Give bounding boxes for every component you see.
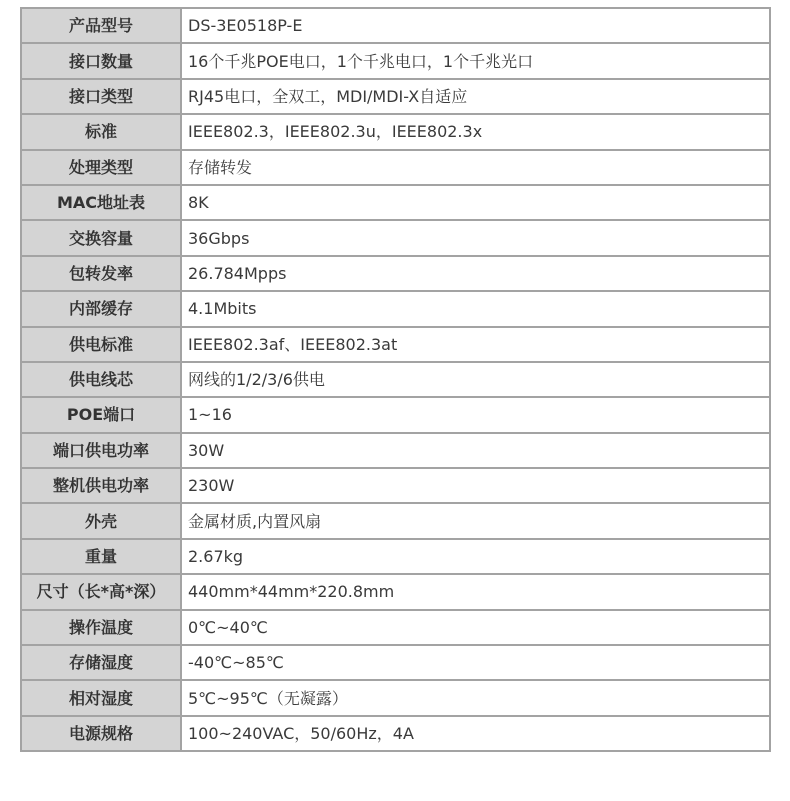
table-row: 端口供电功率30W [21, 433, 770, 468]
row-value: DS-3E0518P-E [181, 8, 770, 43]
table-row: POE端口1~16 [21, 397, 770, 432]
table-row: 整机供电功率230W [21, 468, 770, 503]
row-value: 100~240VAC，50/60Hz，4A [181, 716, 770, 751]
row-value: 30W [181, 433, 770, 468]
row-label: 电源规格 [21, 716, 181, 751]
row-label: 包转发率 [21, 256, 181, 291]
table-row: 电源规格100~240VAC，50/60Hz，4A [21, 716, 770, 751]
table-row: 相对湿度5℃~95℃（无凝露） [21, 680, 770, 715]
table-row: 外壳金属材质,内置风扇 [21, 503, 770, 538]
table-row: 包转发率26.784Mpps [21, 256, 770, 291]
row-label: 内部缓存 [21, 291, 181, 326]
row-value: 440mm*44mm*220.8mm [181, 574, 770, 609]
row-label: POE端口 [21, 397, 181, 432]
row-value: 网线的1/2/3/6供电 [181, 362, 770, 397]
row-value: 金属材质,内置风扇 [181, 503, 770, 538]
row-value: -40℃~85℃ [181, 645, 770, 680]
table-row: 交换容量36Gbps [21, 220, 770, 255]
row-value: 1~16 [181, 397, 770, 432]
row-label: 标准 [21, 114, 181, 149]
row-value: 0℃~40℃ [181, 610, 770, 645]
table-row: 产品型号DS-3E0518P-E [21, 8, 770, 43]
row-label: 端口供电功率 [21, 433, 181, 468]
table-row: MAC地址表8K [21, 185, 770, 220]
row-label: 处理类型 [21, 150, 181, 185]
row-value: 230W [181, 468, 770, 503]
row-label: 交换容量 [21, 220, 181, 255]
row-label: 产品型号 [21, 8, 181, 43]
spec-table-body: 产品型号DS-3E0518P-E 接口数量16个千兆POE电口，1个千兆电口，1… [21, 8, 770, 751]
table-row: 接口数量16个千兆POE电口，1个千兆电口，1个千兆光口 [21, 43, 770, 78]
row-label: 操作温度 [21, 610, 181, 645]
row-label: 整机供电功率 [21, 468, 181, 503]
table-row: 接口类型RJ45电口，全双工，MDI/MDI-X自适应 [21, 79, 770, 114]
table-row: 供电线芯网线的1/2/3/6供电 [21, 362, 770, 397]
spec-table: 产品型号DS-3E0518P-E 接口数量16个千兆POE电口，1个千兆电口，1… [20, 7, 771, 752]
row-value: 26.784Mpps [181, 256, 770, 291]
row-value: 16个千兆POE电口，1个千兆电口，1个千兆光口 [181, 43, 770, 78]
table-row: 供电标准IEEE802.3af、IEEE802.3at [21, 327, 770, 362]
row-value: 存储转发 [181, 150, 770, 185]
row-value: 2.67kg [181, 539, 770, 574]
table-row: 操作温度0℃~40℃ [21, 610, 770, 645]
row-label: 存储湿度 [21, 645, 181, 680]
table-row: 内部缓存4.1Mbits [21, 291, 770, 326]
row-value: IEEE802.3，IEEE802.3u，IEEE802.3x [181, 114, 770, 149]
table-row: 尺寸（长*高*深）440mm*44mm*220.8mm [21, 574, 770, 609]
table-row: 重量2.67kg [21, 539, 770, 574]
row-label: 外壳 [21, 503, 181, 538]
row-label: 供电线芯 [21, 362, 181, 397]
row-value: IEEE802.3af、IEEE802.3at [181, 327, 770, 362]
table-row: 标准IEEE802.3，IEEE802.3u，IEEE802.3x [21, 114, 770, 149]
row-label: 供电标准 [21, 327, 181, 362]
row-label: MAC地址表 [21, 185, 181, 220]
table-row: 处理类型存储转发 [21, 150, 770, 185]
row-label: 接口类型 [21, 79, 181, 114]
row-label: 相对湿度 [21, 680, 181, 715]
row-label: 重量 [21, 539, 181, 574]
table-row: 存储湿度-40℃~85℃ [21, 645, 770, 680]
row-label: 尺寸（长*高*深） [21, 574, 181, 609]
row-label: 接口数量 [21, 43, 181, 78]
row-value: RJ45电口，全双工，MDI/MDI-X自适应 [181, 79, 770, 114]
row-value: 5℃~95℃（无凝露） [181, 680, 770, 715]
row-value: 8K [181, 185, 770, 220]
row-value: 36Gbps [181, 220, 770, 255]
row-value: 4.1Mbits [181, 291, 770, 326]
